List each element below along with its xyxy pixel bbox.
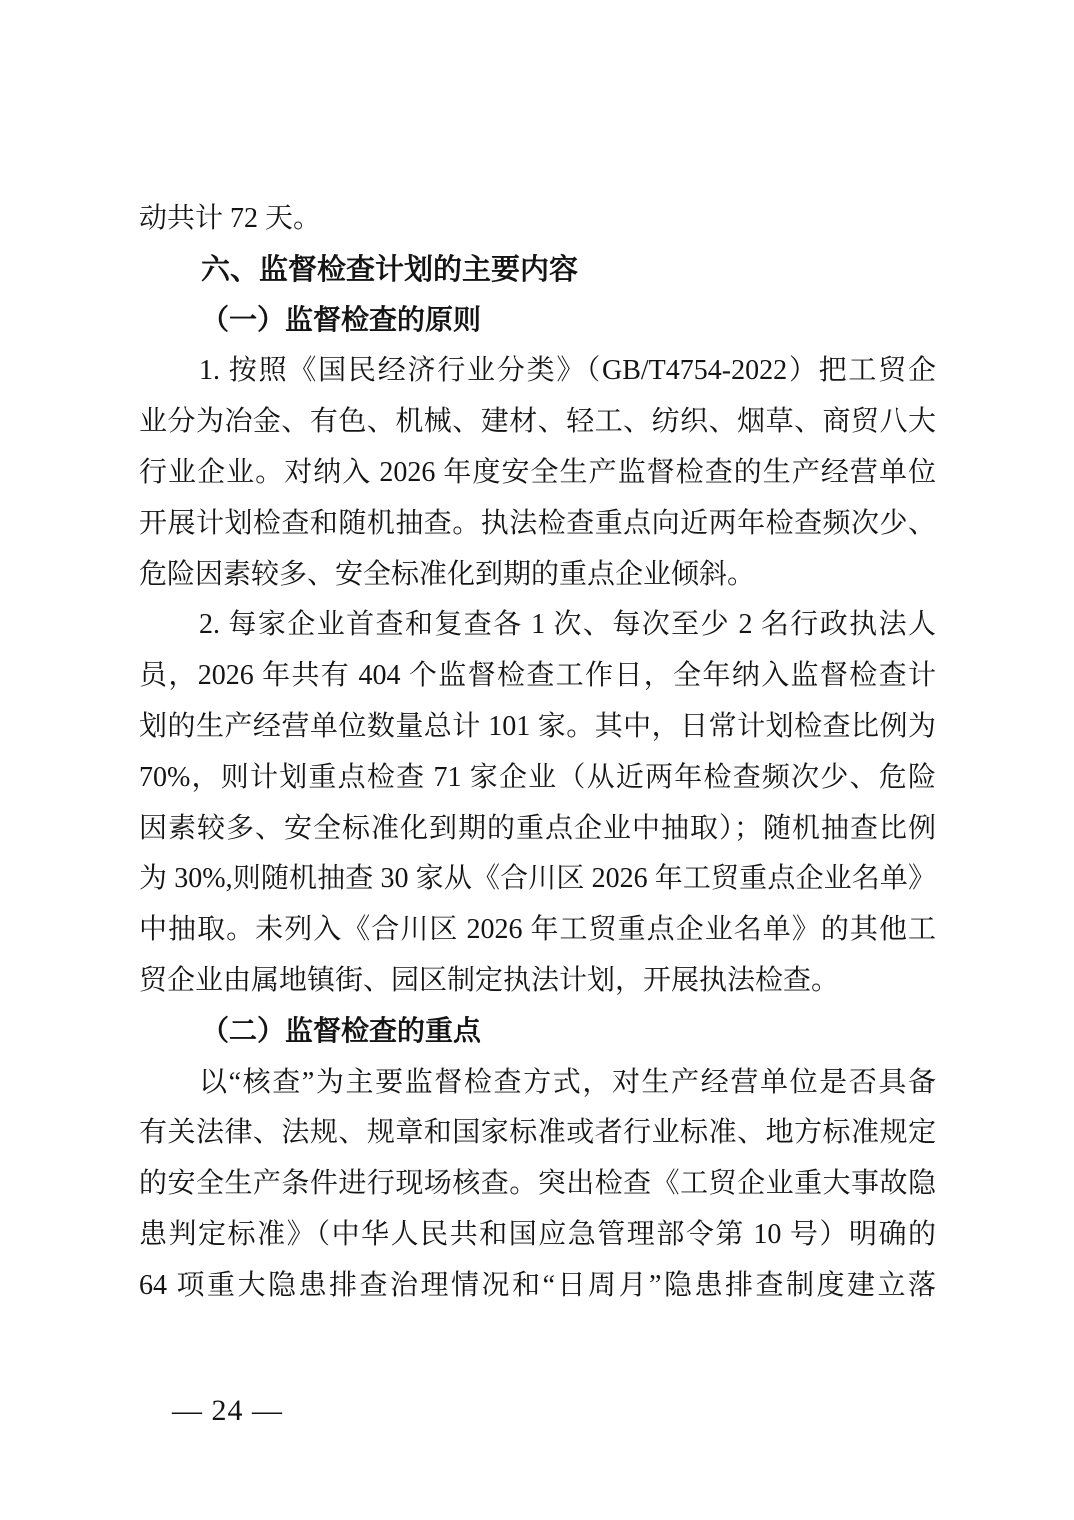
paragraph: 1. 按照《国民经济行业分类》（GB/T4754-2022）把工贸企业分为冶金、…: [139, 346, 936, 600]
subsection-heading: （二）监督检查的重点: [139, 1007, 936, 1058]
text-line: 的安全生产条件进行现场核查。突出检查《工贸企业重大事故隐: [139, 1159, 936, 1210]
text-line: 为 30%,则随机抽查 30 家从《合川区 2026 年工贸重点企业名单》: [139, 854, 936, 905]
text-line: 70%，则计划重点检查 71 家企业（从近两年检查频次少、危险: [139, 753, 936, 804]
paragraph: 以“核查”为主要监督检查方式，对生产经营单位是否具备有关法律、法规、规章和国家标…: [139, 1058, 936, 1312]
text-line: 危险因素较多、安全标准化到期的重点企业倾斜。: [139, 550, 936, 601]
page-number: — 24 —: [172, 1394, 283, 1428]
text-line: 以“核查”为主要监督检查方式，对生产经营单位是否具备: [139, 1058, 936, 1109]
text-line: 贸企业由属地镇街、园区制定执法计划，开展执法检查。: [139, 956, 936, 1007]
text-line: 有关法律、法规、规章和国家标准或者行业标准、地方标准规定: [139, 1108, 936, 1159]
text-line: 64 项重大隐患排查治理情况和“日周月”隐患排查制度建立落: [139, 1261, 936, 1312]
text-line: 患判定标准》（中华人民共和国应急管理部令第 10 号）明确的: [139, 1210, 936, 1261]
paragraph: 动共计 72 天。: [139, 194, 936, 245]
paragraph: 2. 每家企业首查和复查各 1 次、每次至少 2 名行政执法人员，2026 年共…: [139, 600, 936, 1006]
text-line: 业分为冶金、有色、机械、建材、轻工、纺织、烟草、商贸八大: [139, 397, 936, 448]
text-line: （二）监督检查的重点: [139, 1007, 936, 1058]
text-line: 动共计 72 天。: [139, 194, 936, 245]
text-line: 员，2026 年共有 404 个监督检查工作日，全年纳入监督检查计: [139, 651, 936, 702]
text-line: 六、监督检查计划的主要内容: [139, 245, 936, 296]
document-body: 动共计 72 天。六、监督检查计划的主要内容（一）监督检查的原则1. 按照《国民…: [139, 194, 936, 1312]
text-line: 开展计划检查和随机抽查。执法检查重点向近两年检查频次少、: [139, 499, 936, 550]
page: 动共计 72 天。六、监督检查计划的主要内容（一）监督检查的原则1. 按照《国民…: [0, 0, 1074, 1520]
text-line: 行业企业。对纳入 2026 年度安全生产监督检查的生产经营单位: [139, 448, 936, 499]
section-heading: 六、监督检查计划的主要内容: [139, 245, 936, 296]
text-line: （一）监督检查的原则: [139, 296, 936, 347]
text-line: 中抽取。未列入《合川区 2026 年工贸重点企业名单》的其他工: [139, 905, 936, 956]
text-line: 划的生产经营单位数量总计 101 家。其中，日常计划检查比例为: [139, 702, 936, 753]
text-line: 2. 每家企业首查和复查各 1 次、每次至少 2 名行政执法人: [139, 600, 936, 651]
subsection-heading: （一）监督检查的原则: [139, 296, 936, 347]
text-line: 因素较多、安全标准化到期的重点企业中抽取）；随机抽查比例: [139, 804, 936, 855]
text-line: 1. 按照《国民经济行业分类》（GB/T4754-2022）把工贸企: [139, 346, 936, 397]
